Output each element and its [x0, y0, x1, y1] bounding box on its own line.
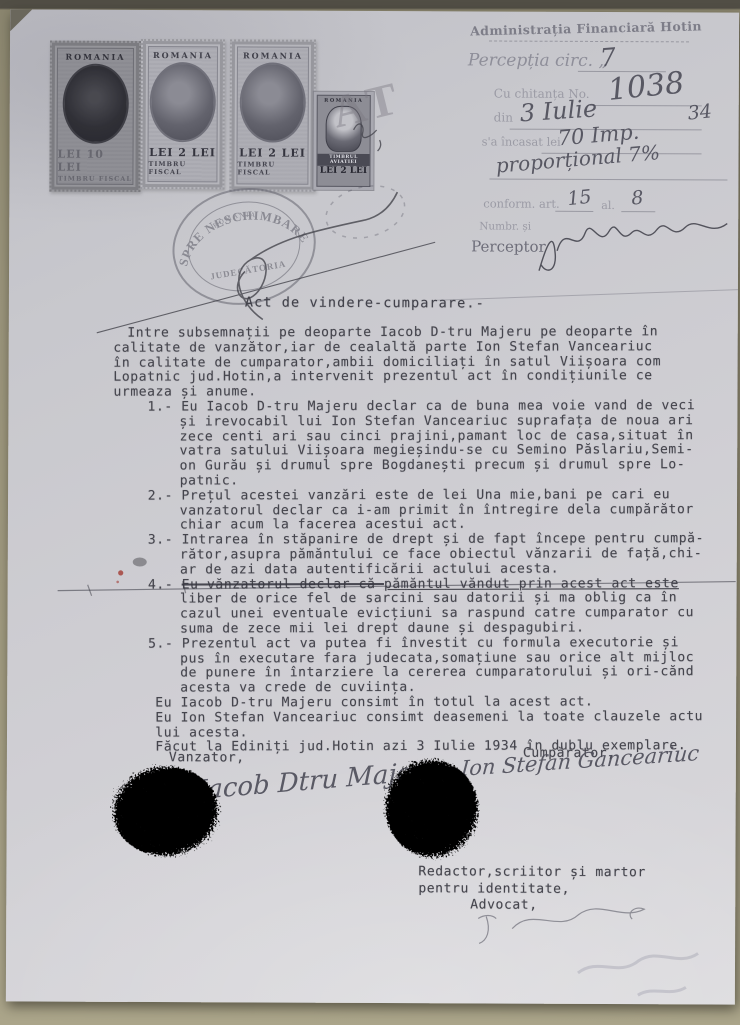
receipt-header-rule: [489, 41, 689, 43]
typed-body: Intre subsemnații pe deoparte Iacob D-tr…: [6, 325, 739, 756]
fiscal-stamp-10lei: ROMANIA LEI 10 LEI TIMBRU FISCAL: [49, 41, 141, 192]
item4-underlined-text: pămăntul văndut prin acest act este: [384, 576, 679, 592]
al-label: al.: [601, 199, 615, 212]
body-line: Lopatnic jud.Hotin,a intervenit prezentu…: [6, 369, 739, 386]
numar-label: Numbr. și: [479, 220, 531, 232]
chitanta-rule: [590, 105, 702, 106]
faint-oval-stamp: [320, 178, 410, 246]
stamp-caption: TIMBRU FISCAL: [58, 175, 132, 183]
conform-rule-2: [621, 211, 655, 212]
incasat-label: s'a încasat lei: [482, 134, 561, 148]
king-portrait-oval: [240, 62, 306, 142]
perceptor-label: Perceptor: [471, 237, 546, 255]
handwritten-perceptia-number: 7: [599, 42, 617, 72]
handwritten-receipt-number: 1038: [606, 65, 685, 107]
perceptor-signature: [539, 223, 727, 272]
fingerprint-left: [103, 761, 228, 867]
achitat-overprint: AT: [326, 70, 407, 138]
folded-corner: [10, 9, 32, 31]
paper-sheet: ROMANIA LEI 10 LEI TIMBRU FISCAL ROMANIA…: [6, 9, 739, 1004]
stamp-value: LEI 2 LEI: [149, 146, 216, 159]
stamp-caption: TIMBRU FISCAL: [148, 160, 216, 176]
handwritten-date: 3 Iulie: [519, 94, 598, 127]
fiscal-stamp-2lei-1: ROMANIA LEI 2 LEI TIMBRU FISCAL: [140, 39, 225, 189]
perceptia-label: Percepția circ. „: [468, 50, 607, 71]
body-line: Eu Ion Stefan Vanceariuc consimt deaseme…: [6, 710, 739, 727]
stamp-frame: ROMANIA LEI 2 LEI TIMBRU FISCAL: [147, 46, 218, 182]
document-photo: { "photo": { "mat_color": "#9a947b", "pa…: [0, 0, 740, 1025]
king-portrait-oval: [62, 64, 128, 144]
item4-marker: 4.-: [148, 577, 182, 592]
handwritten-article: 15: [566, 186, 592, 210]
fingerprint-right: [374, 756, 489, 865]
stamp-value: LEI 2 LEI: [239, 146, 306, 159]
din-label: din: [494, 111, 513, 125]
stamp-country-label: ROMANIA: [243, 50, 303, 60]
round-stamp-center-text: JUDECĂTORIA: [209, 259, 286, 282]
stamp-caption: TIMBRUL AVIATIEI: [317, 154, 369, 166]
stamp-value: LEI 2 LEI: [320, 166, 367, 176]
proportional-rule: [489, 179, 727, 181]
handwritten-alineat: 8: [631, 187, 645, 210]
receipt-header: Administrația Financiară Hotin: [470, 18, 702, 38]
king-portrait-oval: [150, 62, 216, 142]
stamp-frame: ROMANIA LEI 10 LEI TIMBRU FISCAL: [56, 48, 134, 185]
handwritten-year: 34: [687, 100, 713, 124]
stamp-country-label: ROMANIA: [153, 50, 213, 60]
conform-label: conform. art.: [483, 196, 559, 210]
conform-rule-1: [555, 211, 593, 212]
fiscal-stamp-2lei-2: ROMANIA LEI 2 LEI TIMBRU FISCAL: [229, 39, 316, 191]
stamp-caption: TIMBRU FISCAL: [237, 160, 307, 176]
stamp-frame: ROMANIA LEI 2 LEI TIMBRU FISCAL: [236, 46, 309, 184]
closing-block: Redactor,scriitor și martor pentru ident…: [418, 864, 646, 914]
stamp-country-label: ROMANIA: [65, 52, 125, 62]
round-stamp-arc-text: SPRE NESCHIMBARE: [169, 198, 314, 269]
closing-line: Advocat,: [418, 897, 646, 914]
document-title: Act de vindere-cumparare.-: [245, 294, 485, 311]
paper-content: ROMANIA LEI 10 LEI TIMBRU FISCAL ROMANIA…: [6, 9, 739, 1004]
bleed-through-marks: [578, 953, 698, 996]
stamp-value: LEI 10 LEI: [57, 148, 132, 174]
item4-struck-text: Eu vănzatorul declar că: [182, 576, 384, 592]
closing-line: pentru identitate,: [418, 881, 646, 898]
body-line: on Gurău și drumul spre Bogdanești precu…: [6, 458, 739, 475]
closing-line: Redactor,scriitor și martor: [418, 864, 646, 881]
